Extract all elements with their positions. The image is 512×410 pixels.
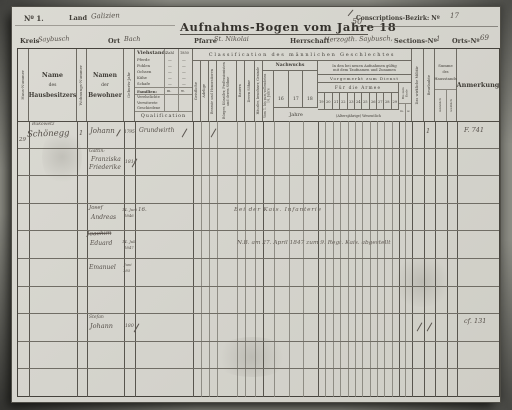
grid-line — [348, 176, 349, 203]
grid-line — [355, 259, 356, 286]
grid-line — [333, 176, 334, 203]
grid-line — [424, 369, 425, 397]
grid-line — [255, 176, 256, 203]
grid-line — [384, 204, 385, 231]
grid-line — [333, 149, 334, 176]
grid-line — [325, 231, 326, 258]
grid-line — [435, 121, 436, 148]
grid-line — [29, 259, 30, 286]
grid-line — [405, 149, 406, 176]
qualification-label: Qualification — [141, 113, 187, 119]
armee-age-col: 25 — [362, 93, 370, 109]
grid-line — [217, 149, 218, 176]
nachwuchs-footer: Jahre — [274, 107, 318, 121]
grid-line — [303, 287, 304, 314]
grid-line — [325, 342, 326, 369]
familien-title: Familien: — [137, 89, 157, 94]
grid-line — [370, 204, 371, 231]
grid-line — [255, 259, 256, 286]
grid-line — [392, 149, 393, 176]
entry-name: Andreas — [91, 214, 116, 221]
grid-line — [193, 287, 194, 314]
pen-stroke — [348, 9, 354, 16]
grid-line — [424, 231, 425, 258]
kreis-label: Kreis — [20, 37, 39, 45]
grid-line — [384, 231, 385, 258]
grid-line — [217, 204, 218, 231]
grid-line — [333, 259, 334, 286]
grid-line — [303, 149, 304, 176]
grid-line — [77, 342, 78, 369]
grid-line — [424, 342, 425, 369]
grid-line — [124, 176, 125, 203]
grid-line — [340, 231, 341, 258]
entry-name: Johann — [90, 127, 115, 135]
sections-label: Sections-Nº — [394, 37, 437, 45]
grid-line — [392, 204, 393, 231]
grid-line — [333, 231, 334, 258]
endbox: Bis zum Ende m. w. — [399, 83, 412, 121]
grid-line — [457, 149, 458, 176]
grid-line — [237, 121, 238, 148]
grid-line — [201, 121, 202, 148]
grid-line — [289, 287, 290, 314]
col-militar: Das wirkliche Militär — [412, 49, 424, 121]
grid-line — [399, 342, 400, 369]
grid-line — [377, 149, 378, 176]
grid-line — [333, 369, 334, 397]
class-col-bauern: Bauern — [237, 61, 245, 121]
grid-line — [384, 149, 385, 176]
grid-line — [355, 176, 356, 203]
grid-line — [77, 259, 78, 286]
armee-age-col: 27 — [377, 93, 384, 109]
grid-line — [274, 314, 275, 341]
grid-line — [263, 287, 264, 314]
col-header-wohnungs-nummer: Wohnungs-Nummer — [77, 49, 87, 121]
grid-line — [424, 204, 425, 231]
grid-line — [245, 121, 246, 148]
grid-line — [384, 369, 385, 397]
bezirk-underline — [352, 26, 498, 27]
pen-flourish — [116, 129, 121, 137]
grid-line — [87, 204, 88, 231]
grid-line — [412, 149, 413, 176]
grid-line — [435, 231, 436, 258]
grid-line — [263, 204, 264, 231]
grid-line — [135, 259, 136, 286]
grid-line — [124, 287, 125, 314]
nachwuchs-age-col: 16 — [274, 71, 289, 107]
grid-line — [303, 231, 304, 258]
grid-line — [124, 231, 125, 258]
grid-line — [377, 176, 378, 203]
grid-line — [384, 342, 385, 369]
grid-line — [303, 369, 304, 397]
grid-line — [237, 149, 238, 176]
grid-line — [201, 314, 202, 341]
grid-line — [77, 369, 78, 397]
ort-label: Ort — [108, 37, 120, 45]
grid-line — [193, 204, 194, 231]
grid-line — [29, 314, 30, 341]
col-header-bewohner: Namen der Bewohner — [87, 49, 124, 121]
grid-line — [193, 259, 194, 286]
grid-line — [201, 176, 202, 203]
grid-line — [318, 259, 319, 286]
grid-line — [237, 176, 238, 203]
grid-line — [384, 287, 385, 314]
grid-line — [245, 176, 246, 203]
divider — [15, 25, 175, 26]
grid-line — [201, 231, 202, 258]
grid-line — [355, 369, 356, 397]
grid-line — [263, 121, 264, 148]
grid-line — [245, 204, 246, 231]
grid-line — [124, 369, 125, 397]
grid-line — [435, 342, 436, 369]
grid-line — [384, 259, 385, 286]
grid-line — [124, 204, 125, 231]
grid-line — [405, 314, 406, 341]
entry-name-struck: Joachim — [87, 230, 112, 238]
grid-line — [29, 287, 30, 314]
grid-line — [412, 231, 413, 258]
vormerk-header: In den bei neuen Aufnahmen gültig mit de… — [318, 61, 412, 75]
grid-line — [274, 149, 275, 176]
grid-line — [377, 259, 378, 286]
grid-line — [355, 314, 356, 341]
grid-line — [193, 342, 194, 369]
paper-sheet: Nº 1. Land Galizien Aufnahms-Bogen vom J… — [11, 6, 501, 403]
paper-stain — [212, 337, 292, 377]
grid-line — [333, 287, 334, 314]
grid-line — [245, 231, 246, 258]
grid-line — [217, 121, 218, 148]
grid-line — [355, 342, 356, 369]
grid-line — [325, 259, 326, 286]
grid-line — [355, 204, 356, 231]
grid-line — [333, 204, 334, 231]
grid-line — [274, 176, 275, 203]
grid-line — [289, 176, 290, 203]
nachwuchs-rot-col: Vom 1. bis zum vollendeten 14. Jahre — [263, 71, 274, 121]
grid-line — [263, 231, 264, 258]
grid-line — [135, 121, 136, 148]
grid-line — [405, 369, 406, 397]
check-mark — [427, 322, 433, 331]
grid-line — [348, 149, 349, 176]
grid-line — [263, 149, 264, 176]
grid-line — [340, 259, 341, 286]
col-header-geburtsjahr: Geburts-Jahr — [124, 49, 135, 121]
entry-dwelling: 1 — [79, 129, 83, 137]
nachwuchs-age-col: 17 — [289, 71, 303, 107]
grid-line — [412, 176, 413, 203]
grid-line — [412, 369, 413, 397]
grid-line — [377, 342, 378, 369]
grid-line — [193, 176, 194, 203]
grid-line — [362, 369, 363, 397]
armee-age-col: 21 — [333, 93, 340, 109]
grid-line — [318, 204, 319, 231]
grid-line — [362, 259, 363, 286]
grid-line — [87, 176, 88, 203]
entry-name: Emanuel — [89, 264, 116, 271]
grid-line — [355, 149, 356, 176]
grid-line — [384, 176, 385, 203]
vormerk-dienst: Vorgemerkt zum Dienst — [318, 75, 412, 83]
grid-line — [447, 342, 448, 369]
entry-village: Bukowetz — [32, 122, 54, 127]
grid-line — [87, 287, 88, 314]
grid-line — [392, 314, 393, 341]
grid-line — [201, 287, 202, 314]
grid-line — [340, 342, 341, 369]
grid-line — [392, 121, 393, 148]
grid-line — [325, 176, 326, 203]
grid-line — [399, 121, 400, 148]
grid-line — [87, 369, 88, 397]
class-col-adelige: Adelige — [201, 61, 209, 121]
grid-line — [447, 231, 448, 258]
entry-born: 1795 — [124, 130, 135, 135]
grid-line — [362, 176, 363, 203]
entry-margin-note: Bei der Kais. Infanterie — [234, 207, 322, 213]
herrschaft-value: Herzogth. Saybusch, — [324, 34, 393, 43]
entry-name: Johann — [90, 322, 113, 330]
grid-line — [348, 287, 349, 314]
grid-line — [370, 369, 371, 397]
grid-line — [135, 176, 136, 203]
grid-line — [362, 149, 363, 176]
class-col-buerger: Bürger, Künstler, Professionisten und de… — [217, 61, 237, 121]
grid-line — [333, 342, 334, 369]
grid-line — [124, 314, 125, 341]
grid-line — [193, 231, 194, 258]
grid-line — [255, 204, 256, 231]
grid-line — [370, 149, 371, 176]
grid-line — [457, 287, 458, 314]
form-title: Aufnahms-Bogen vom Jahre 18 — [180, 20, 396, 34]
entry-born: 1847 — [124, 245, 134, 250]
entry-born: Juni — [124, 262, 132, 267]
grid-line — [77, 287, 78, 314]
grid-line — [457, 342, 458, 369]
grid-line — [325, 149, 326, 176]
entry-name: Eduard — [90, 240, 112, 247]
grid-line — [424, 121, 425, 148]
grid-line — [405, 204, 406, 231]
entry-born: 1846 — [124, 213, 134, 218]
grid-line — [348, 314, 349, 341]
entry-age-note: 16. — [138, 207, 147, 213]
grid-line — [340, 121, 341, 148]
grid-line — [201, 369, 202, 397]
viehstand-box: Viehstand: Zahl 1850 Pferde — — Fohlen —… — [135, 49, 193, 121]
grid-line — [29, 121, 30, 148]
grid-line — [135, 342, 136, 369]
grid-line — [370, 259, 371, 286]
grid-line — [77, 204, 78, 231]
grid-line — [340, 204, 341, 231]
table-row: 29 Bukowetz Schönegg 1 Johann 1795 Grund… — [18, 121, 499, 149]
grid-line — [237, 231, 238, 258]
grid-line — [87, 342, 88, 369]
grid-line — [447, 369, 448, 397]
grid-line — [412, 121, 413, 148]
col-beurlaubte: Beurlaubte — [424, 49, 435, 121]
grid-line — [29, 149, 30, 176]
grid-line — [87, 121, 88, 148]
grid-line — [318, 176, 319, 203]
check-mark — [211, 128, 217, 137]
grid-line — [457, 121, 458, 148]
grid-line — [77, 176, 78, 203]
table-row: Josef Andreas 14. Juni 1846 16. Bei der … — [18, 204, 499, 232]
grid-line — [377, 121, 378, 148]
grid-line — [193, 149, 194, 176]
col-header-anmerkung: Anmerkung — [457, 49, 499, 121]
check-mark — [417, 322, 423, 331]
grid-line — [370, 314, 371, 341]
grid-line — [370, 121, 371, 148]
grid-line — [209, 176, 210, 203]
grid-line — [209, 204, 210, 231]
grid-line — [217, 314, 218, 341]
grid-line — [318, 342, 319, 369]
grid-line — [435, 149, 436, 176]
grid-line — [135, 314, 136, 341]
scanned-form: Nº 1. Land Galizien Aufnahms-Bogen vom J… — [0, 0, 512, 410]
grid-line — [392, 231, 393, 258]
grid-line — [362, 314, 363, 341]
grid-line — [217, 259, 218, 286]
land-value: Galizien — [91, 11, 120, 20]
grid-line — [209, 231, 210, 258]
grid-line — [318, 149, 319, 176]
grid-line — [377, 314, 378, 341]
viehstand-col-zahl: Zahl — [166, 51, 174, 55]
grid-line — [333, 314, 334, 341]
classification-title: Classification des männlichen Geschlecht… — [193, 49, 412, 61]
grid-line — [325, 204, 326, 231]
grid-line — [362, 121, 363, 148]
grid-line — [325, 287, 326, 314]
grid-line — [289, 259, 290, 286]
sheet-number: Nº 1. — [24, 14, 44, 23]
entry-anmerkung: cf. 131 — [464, 317, 486, 325]
bezirk-value: 17 — [450, 12, 459, 20]
entry-name: Stefan — [89, 315, 104, 320]
grid-line — [318, 287, 319, 314]
class-col-soehne: Deren Söhne — [245, 61, 255, 121]
grid-line — [340, 176, 341, 203]
grid-line — [237, 287, 238, 314]
grid-line — [447, 149, 448, 176]
grid-line — [340, 287, 341, 314]
grid-line — [217, 176, 218, 203]
grid-line — [289, 369, 290, 397]
grid-line — [318, 314, 319, 341]
grid-line — [325, 121, 326, 148]
grid-line — [362, 204, 363, 231]
grid-line — [201, 204, 202, 231]
grid-line — [29, 204, 30, 231]
grid-line — [289, 231, 290, 258]
grid-line — [209, 259, 210, 286]
grid-line — [384, 314, 385, 341]
entry-anmerkung: F. 741 — [464, 126, 484, 134]
grid-line — [424, 176, 425, 203]
grid-line — [245, 287, 246, 314]
grid-line — [435, 369, 436, 397]
entry-tally: 1 — [426, 127, 430, 135]
grid-line — [457, 314, 458, 341]
grid-line — [209, 149, 210, 176]
grid-line — [362, 287, 363, 314]
grid-line — [237, 259, 238, 286]
grid-line — [87, 314, 88, 341]
grid-line — [399, 314, 400, 341]
grid-line — [348, 231, 349, 258]
grid-line — [289, 314, 290, 341]
grid-line — [318, 231, 319, 258]
grid-line — [77, 231, 78, 258]
kreis-value: Saybusch — [38, 34, 70, 43]
grid-line — [457, 259, 458, 286]
grid-line — [201, 149, 202, 176]
pfarre-value: St. Nikolai — [214, 35, 249, 43]
summe-group: Summe des Hausstands männlich weiblich — [435, 49, 457, 121]
grid-line — [392, 342, 393, 369]
grid-line — [435, 204, 436, 231]
grid-line — [435, 176, 436, 203]
grid-line — [274, 231, 275, 258]
grid-line — [245, 259, 246, 286]
grid-line — [124, 149, 125, 176]
armee-age-col: 24 — [355, 93, 362, 109]
grid-line — [362, 231, 363, 258]
armee-age-col: 29 — [392, 93, 399, 109]
col-header-haus-nummer: Haus-Nummer — [18, 49, 29, 121]
grid-line — [135, 369, 136, 397]
grid-line — [399, 369, 400, 397]
grid-line — [399, 149, 400, 176]
grid-line — [135, 231, 136, 258]
grid-line — [412, 342, 413, 369]
grid-line — [370, 176, 371, 203]
grid-line — [399, 176, 400, 203]
grid-line — [209, 287, 210, 314]
grid-line — [447, 176, 448, 203]
orts-label: Orts-Nº — [452, 37, 480, 45]
grid-line — [340, 149, 341, 176]
grid-line — [348, 121, 349, 148]
grid-line — [29, 342, 30, 369]
grid-line — [348, 204, 349, 231]
grid-line — [355, 121, 356, 148]
grid-line — [201, 259, 202, 286]
grid-line — [303, 342, 304, 369]
grid-line — [29, 176, 30, 203]
grid-line — [447, 204, 448, 231]
grid-line — [392, 176, 393, 203]
entry-name: Franziska — [91, 156, 121, 163]
grid-line — [217, 369, 218, 397]
grid-line — [135, 149, 136, 176]
grid-line — [377, 231, 378, 258]
